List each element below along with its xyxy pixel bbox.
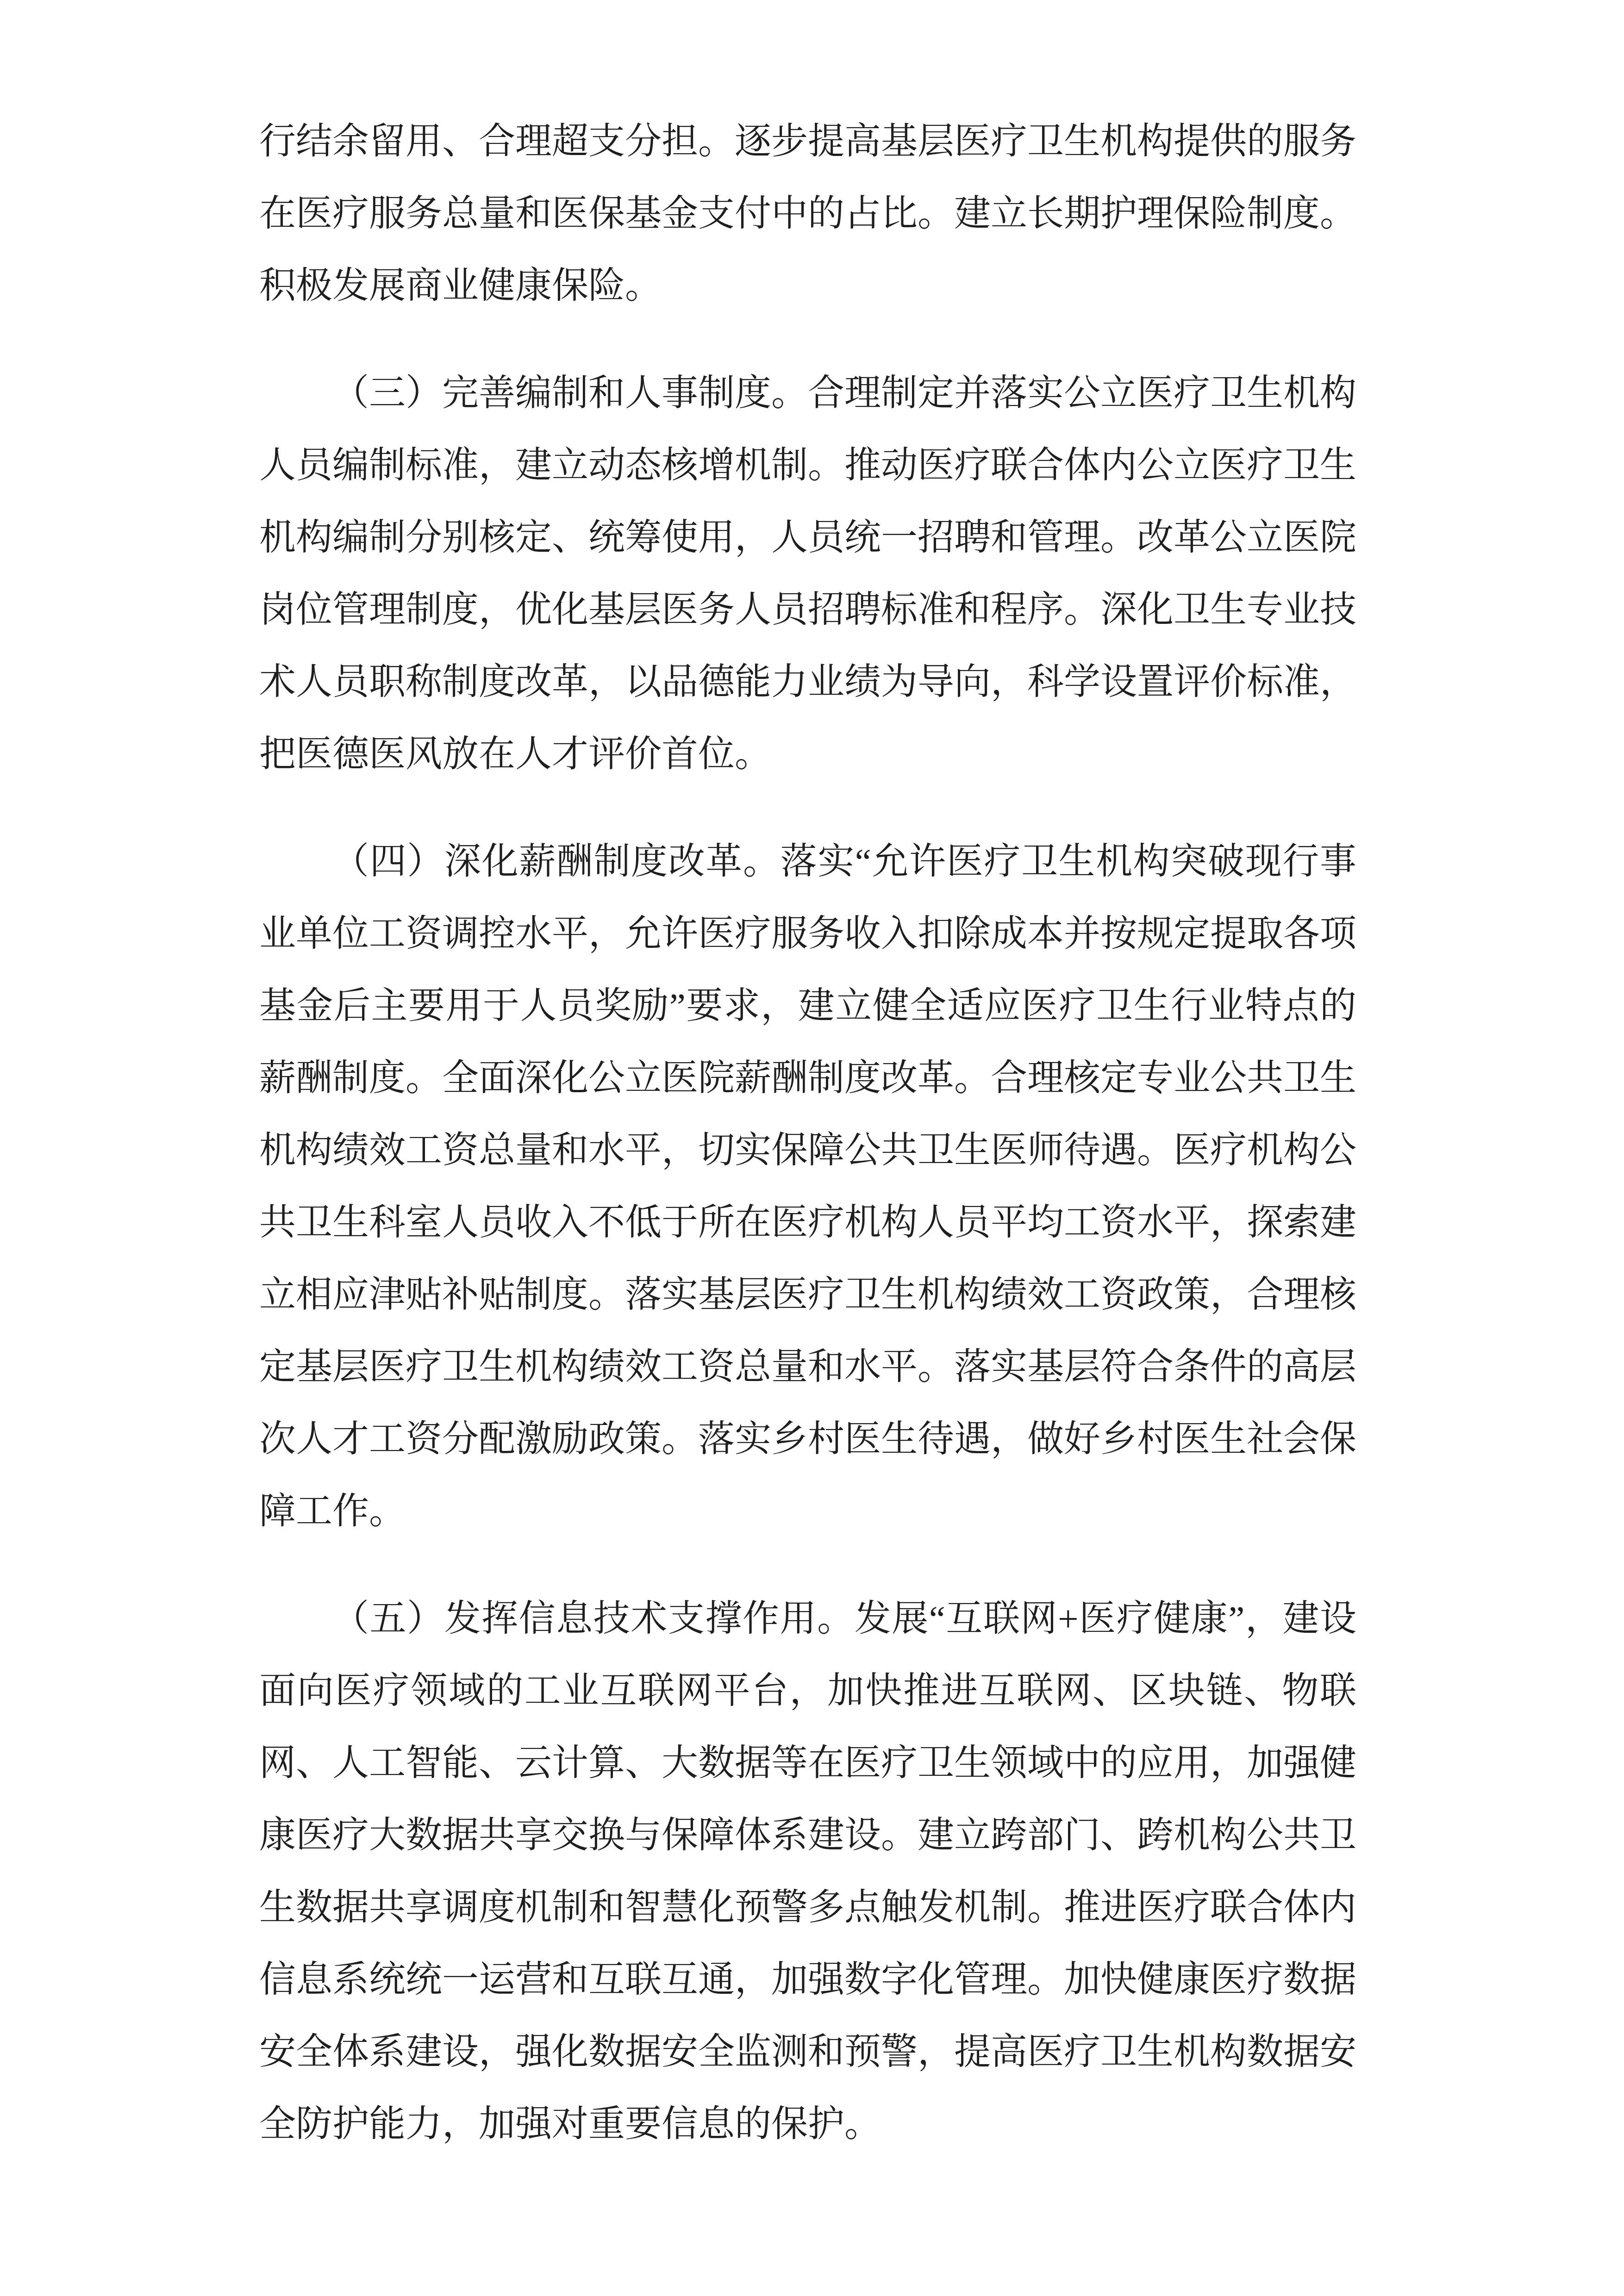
text-line: 定基层医疗卫生机构绩效工资总量和水平。落实基层符合条件的高层 [259,1332,1356,1404]
text-line: 生数据共享调度机制和智慧化预警多点触发机制。推进医疗联合体内 [259,1872,1356,1944]
text-line: 康医疗大数据共享交换与保障体系建设。建立跨部门、跨机构公共卫 [259,1800,1356,1872]
text-line: 安全体系建设，强化数据安全监测和预警，提高医疗卫生机构数据安 [259,2016,1356,2089]
text-line: 积极发展商业健康保险。 [259,250,1356,323]
text-line: 网、人工智能、云计算、大数据等在医疗卫生领域中的应用，加强健 [259,1728,1356,1800]
text-line: 把医德医风放在人才评价首位。 [259,719,1356,791]
text-line: 次人才工资分配激励政策。落实乡村医生待遇，做好乡村医生社会保 [259,1404,1356,1476]
text-line: 立相应津贴补贴制度。落实基层医疗卫生机构绩效工资政策，合理核 [259,1259,1356,1332]
text-line: 基金后主要用于人员奖励”要求，建立健全适应医疗卫生行业特点的 [259,971,1356,1043]
document-body: 行结余留用、合理超支分担。逐步提高基层医疗卫生机构提供的服务在医疗服务总量和医保… [259,106,1356,2161]
text-line: 业单位工资调控水平，允许医疗服务收入扣除成本并按规定提取各项 [259,898,1356,971]
text-line: 人员编制标准，建立动态核增机制。推动医疗联合体内公立医疗卫生 [259,430,1356,502]
text-line: 共卫生科室人员收入不低于所在医疗机构人员平均工资水平，探索建 [259,1187,1356,1259]
text-line: （三）完善编制和人事制度。合理制定并落实公立医疗卫生机构 [259,358,1356,430]
text-line: （五）发挥信息技术支撑作用。发展“互联网+医疗健康”，建设 [259,1583,1356,1655]
text-line: 岗位管理制度，优化基层医务人员招聘标准和程序。深化卫生专业技 [259,574,1356,647]
paragraph: （三）完善编制和人事制度。合理制定并落实公立医疗卫生机构人员编制标准，建立动态核… [259,358,1356,791]
paragraph: （五）发挥信息技术支撑作用。发展“互联网+医疗健康”，建设面向医疗领域的工业互联… [259,1583,1356,2161]
text-line: （四）深化薪酬制度改革。落实“允许医疗卫生机构突破现行事 [259,826,1356,898]
text-line: 术人员职称制度改革，以品德能力业绩为导向，科学设置评价标准， [259,647,1356,719]
text-line: 行结余留用、合理超支分担。逐步提高基层医疗卫生机构提供的服务 [259,106,1356,178]
text-line: 在医疗服务总量和医保基金支付中的占比。建立长期护理保险制度。 [259,178,1356,250]
text-line: 机构编制分别核定、统筹使用，人员统一招聘和管理。改革公立医院 [259,502,1356,574]
text-line: 面向医疗领域的工业互联网平台，加快推进互联网、区块链、物联 [259,1655,1356,1728]
text-line: 障工作。 [259,1476,1356,1548]
text-line: 信息系统统一运营和互联互通，加强数字化管理。加快健康医疗数据 [259,1944,1356,2016]
text-line: 全防护能力，加强对重要信息的保护。 [259,2089,1356,2161]
text-line: 机构绩效工资总量和水平，切实保障公共卫生医师待遇。医疗机构公 [259,1115,1356,1187]
paragraph: 行结余留用、合理超支分担。逐步提高基层医疗卫生机构提供的服务在医疗服务总量和医保… [259,106,1356,323]
text-line: 薪酬制度。全面深化公立医院薪酬制度改革。合理核定专业公共卫生 [259,1043,1356,1115]
paragraph: （四）深化薪酬制度改革。落实“允许医疗卫生机构突破现行事业单位工资调控水平，允许… [259,826,1356,1548]
